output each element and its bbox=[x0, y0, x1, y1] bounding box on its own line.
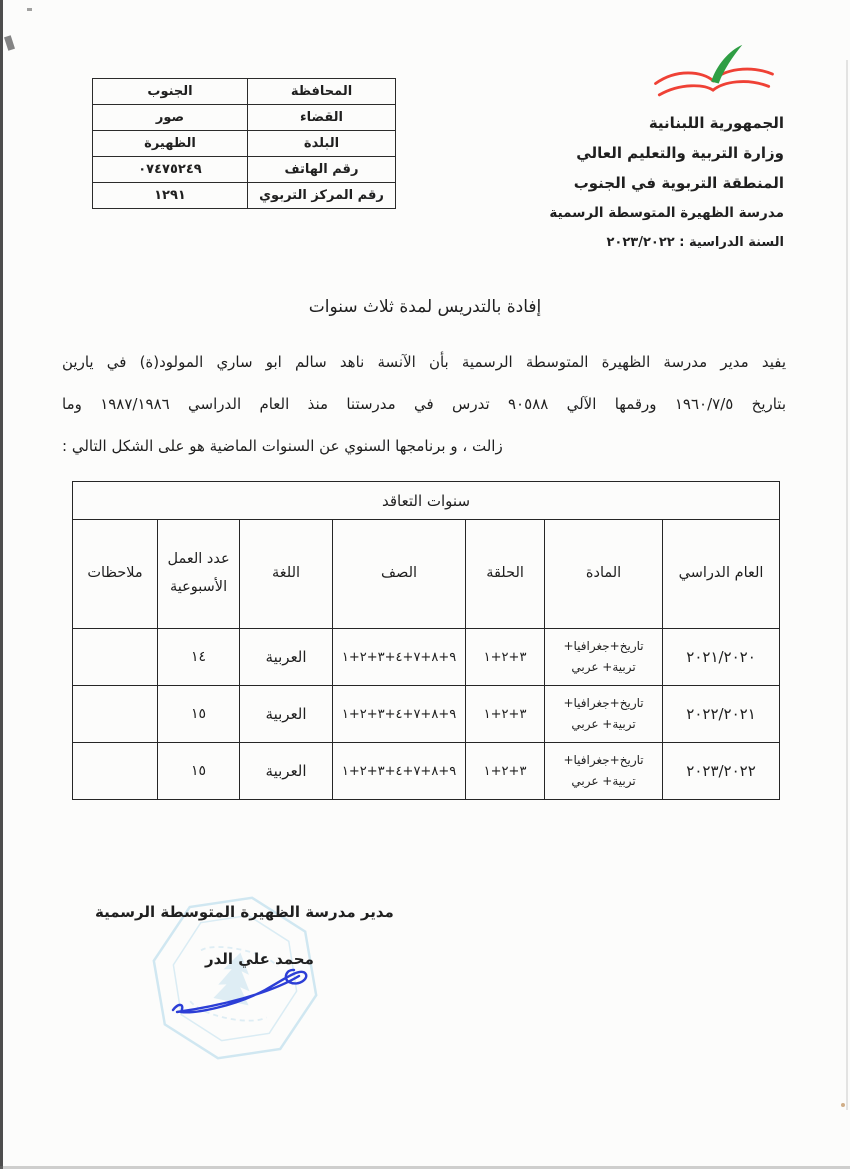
cell-grade: ٩+٨+٧+٤+٣+٢+١ bbox=[333, 686, 466, 743]
handwritten-signature-icon bbox=[165, 960, 320, 1022]
cell-notes bbox=[73, 629, 158, 686]
column-header-subject: المادة bbox=[545, 520, 663, 629]
info-label: رقم المركز التربوي bbox=[248, 183, 396, 209]
column-header-notes: ملاحظات bbox=[73, 520, 158, 629]
cell-cycle: ٣+٢+١ bbox=[466, 743, 545, 800]
republic-name: الجمهورية اللبنانية bbox=[549, 108, 784, 138]
cell-grade: ٩+٨+٧+٤+٣+٢+١ bbox=[333, 629, 466, 686]
scan-artifact bbox=[0, 0, 3, 1169]
column-header-cycle: الحلقة bbox=[466, 520, 545, 629]
paragraph-line: زالت ، و برنامجها السنوي عن السنوات الما… bbox=[62, 425, 786, 467]
cell-weekly-hours: ١٤ bbox=[158, 629, 240, 686]
info-value: صور bbox=[93, 105, 248, 131]
info-label: البلدة bbox=[248, 131, 396, 157]
cell-subject: تاريخ+جغرافيا+ تربية+ عربي bbox=[545, 743, 663, 800]
paragraph-line: بتاريخ ١٩٦٠/٧/٥ ورقمها الآلي ٩٠٥٨٨ تدرس … bbox=[62, 383, 786, 425]
info-label: القضاء bbox=[248, 105, 396, 131]
scan-artifact bbox=[4, 35, 15, 50]
table-title-row: سنوات التعاقد bbox=[73, 482, 780, 520]
page-title: إفادة بالتدريس لمدة ثلاث سنوات bbox=[0, 297, 850, 317]
info-label: المحافظة bbox=[248, 79, 396, 105]
cell-grade: ٩+٨+٧+٤+٣+٢+١ bbox=[333, 743, 466, 800]
paragraph-line: يفيد مدير مدرسة الظهيرة المتوسطة الرسمية… bbox=[62, 341, 786, 383]
cell-weekly-hours: ١٥ bbox=[158, 686, 240, 743]
column-header-weekly-hours: عدد العمل الأسبوعية bbox=[158, 520, 240, 629]
column-header-language: اللغة bbox=[240, 520, 333, 629]
contract-years-table: سنوات التعاقد العام الدراسي المادة الحلق… bbox=[72, 481, 780, 800]
table-row: رقم المركز التربوي ١٢٩١ bbox=[93, 183, 396, 209]
info-label: رقم الهاتف bbox=[248, 157, 396, 183]
cell-year: ٢٠٢٣/٢٠٢٢ bbox=[663, 743, 780, 800]
cell-weekly-hours: ١٥ bbox=[158, 743, 240, 800]
table-row: المحافظة الجنوب bbox=[93, 79, 396, 105]
cell-language: العربية bbox=[240, 686, 333, 743]
ministry-name: وزارة التربية والتعليم العالي bbox=[549, 138, 784, 168]
cell-year: ٢٠٢١/٢٠٢٠ bbox=[663, 629, 780, 686]
info-value: ١٢٩١ bbox=[93, 183, 248, 209]
body-paragraph: يفيد مدير مدرسة الظهيرة المتوسطة الرسمية… bbox=[62, 341, 786, 467]
scan-artifact bbox=[841, 1103, 845, 1107]
school-info-table: المحافظة الجنوب القضاء صور البلدة الظهير… bbox=[92, 78, 396, 209]
info-value: الجنوب bbox=[93, 79, 248, 105]
scan-artifact bbox=[27, 8, 32, 11]
column-header-grade: الصف bbox=[333, 520, 466, 629]
table-row: رقم الهاتف ٠٧٤٧٥٢٤٩ bbox=[93, 157, 396, 183]
cell-subject: تاريخ+جغرافيا+ تربية+ عربي bbox=[545, 629, 663, 686]
cell-notes bbox=[73, 686, 158, 743]
cell-cycle: ٣+٢+١ bbox=[466, 686, 545, 743]
ministry-open-book-logo-icon bbox=[648, 42, 780, 110]
cell-subject: تاريخ+جغرافيا+ تربية+ عربي bbox=[545, 686, 663, 743]
column-header-year: العام الدراسي bbox=[663, 520, 780, 629]
cell-language: العربية bbox=[240, 629, 333, 686]
cell-cycle: ٣+٢+١ bbox=[466, 629, 545, 686]
region-name: المنطقة التربوية في الجنوب bbox=[549, 168, 784, 198]
school-name: مدرسة الظهيرة المتوسطة الرسمية bbox=[549, 198, 784, 228]
signatory-title: مدير مدرسة الظهيرة المتوسطة الرسمية bbox=[95, 903, 394, 921]
table-row: ٢٠٢١/٢٠٢٠ تاريخ+جغرافيا+ تربية+ عربي ٣+٢… bbox=[73, 629, 780, 686]
table-header-row: العام الدراسي المادة الحلقة الصف اللغة ع… bbox=[73, 520, 780, 629]
info-value: ٠٧٤٧٥٢٤٩ bbox=[93, 157, 248, 183]
cell-year: ٢٠٢٢/٢٠٢١ bbox=[663, 686, 780, 743]
scan-artifact bbox=[846, 60, 848, 1110]
scanned-document-page: الجمهورية اللبنانية وزارة التربية والتعل… bbox=[0, 0, 850, 1169]
cell-language: العربية bbox=[240, 743, 333, 800]
table-row: ٢٠٢٢/٢٠٢١ تاريخ+جغرافيا+ تربية+ عربي ٣+٢… bbox=[73, 686, 780, 743]
table-title: سنوات التعاقد bbox=[73, 482, 780, 520]
academic-year: السنة الدراسية : ٢٠٢٣/٢٠٢٢ bbox=[549, 228, 784, 258]
letterhead: الجمهورية اللبنانية وزارة التربية والتعل… bbox=[549, 108, 784, 258]
table-row: ٢٠٢٣/٢٠٢٢ تاريخ+جغرافيا+ تربية+ عربي ٣+٢… bbox=[73, 743, 780, 800]
table-row: البلدة الظهيرة bbox=[93, 131, 396, 157]
info-value: الظهيرة bbox=[93, 131, 248, 157]
cell-notes bbox=[73, 743, 158, 800]
table-row: القضاء صور bbox=[93, 105, 396, 131]
